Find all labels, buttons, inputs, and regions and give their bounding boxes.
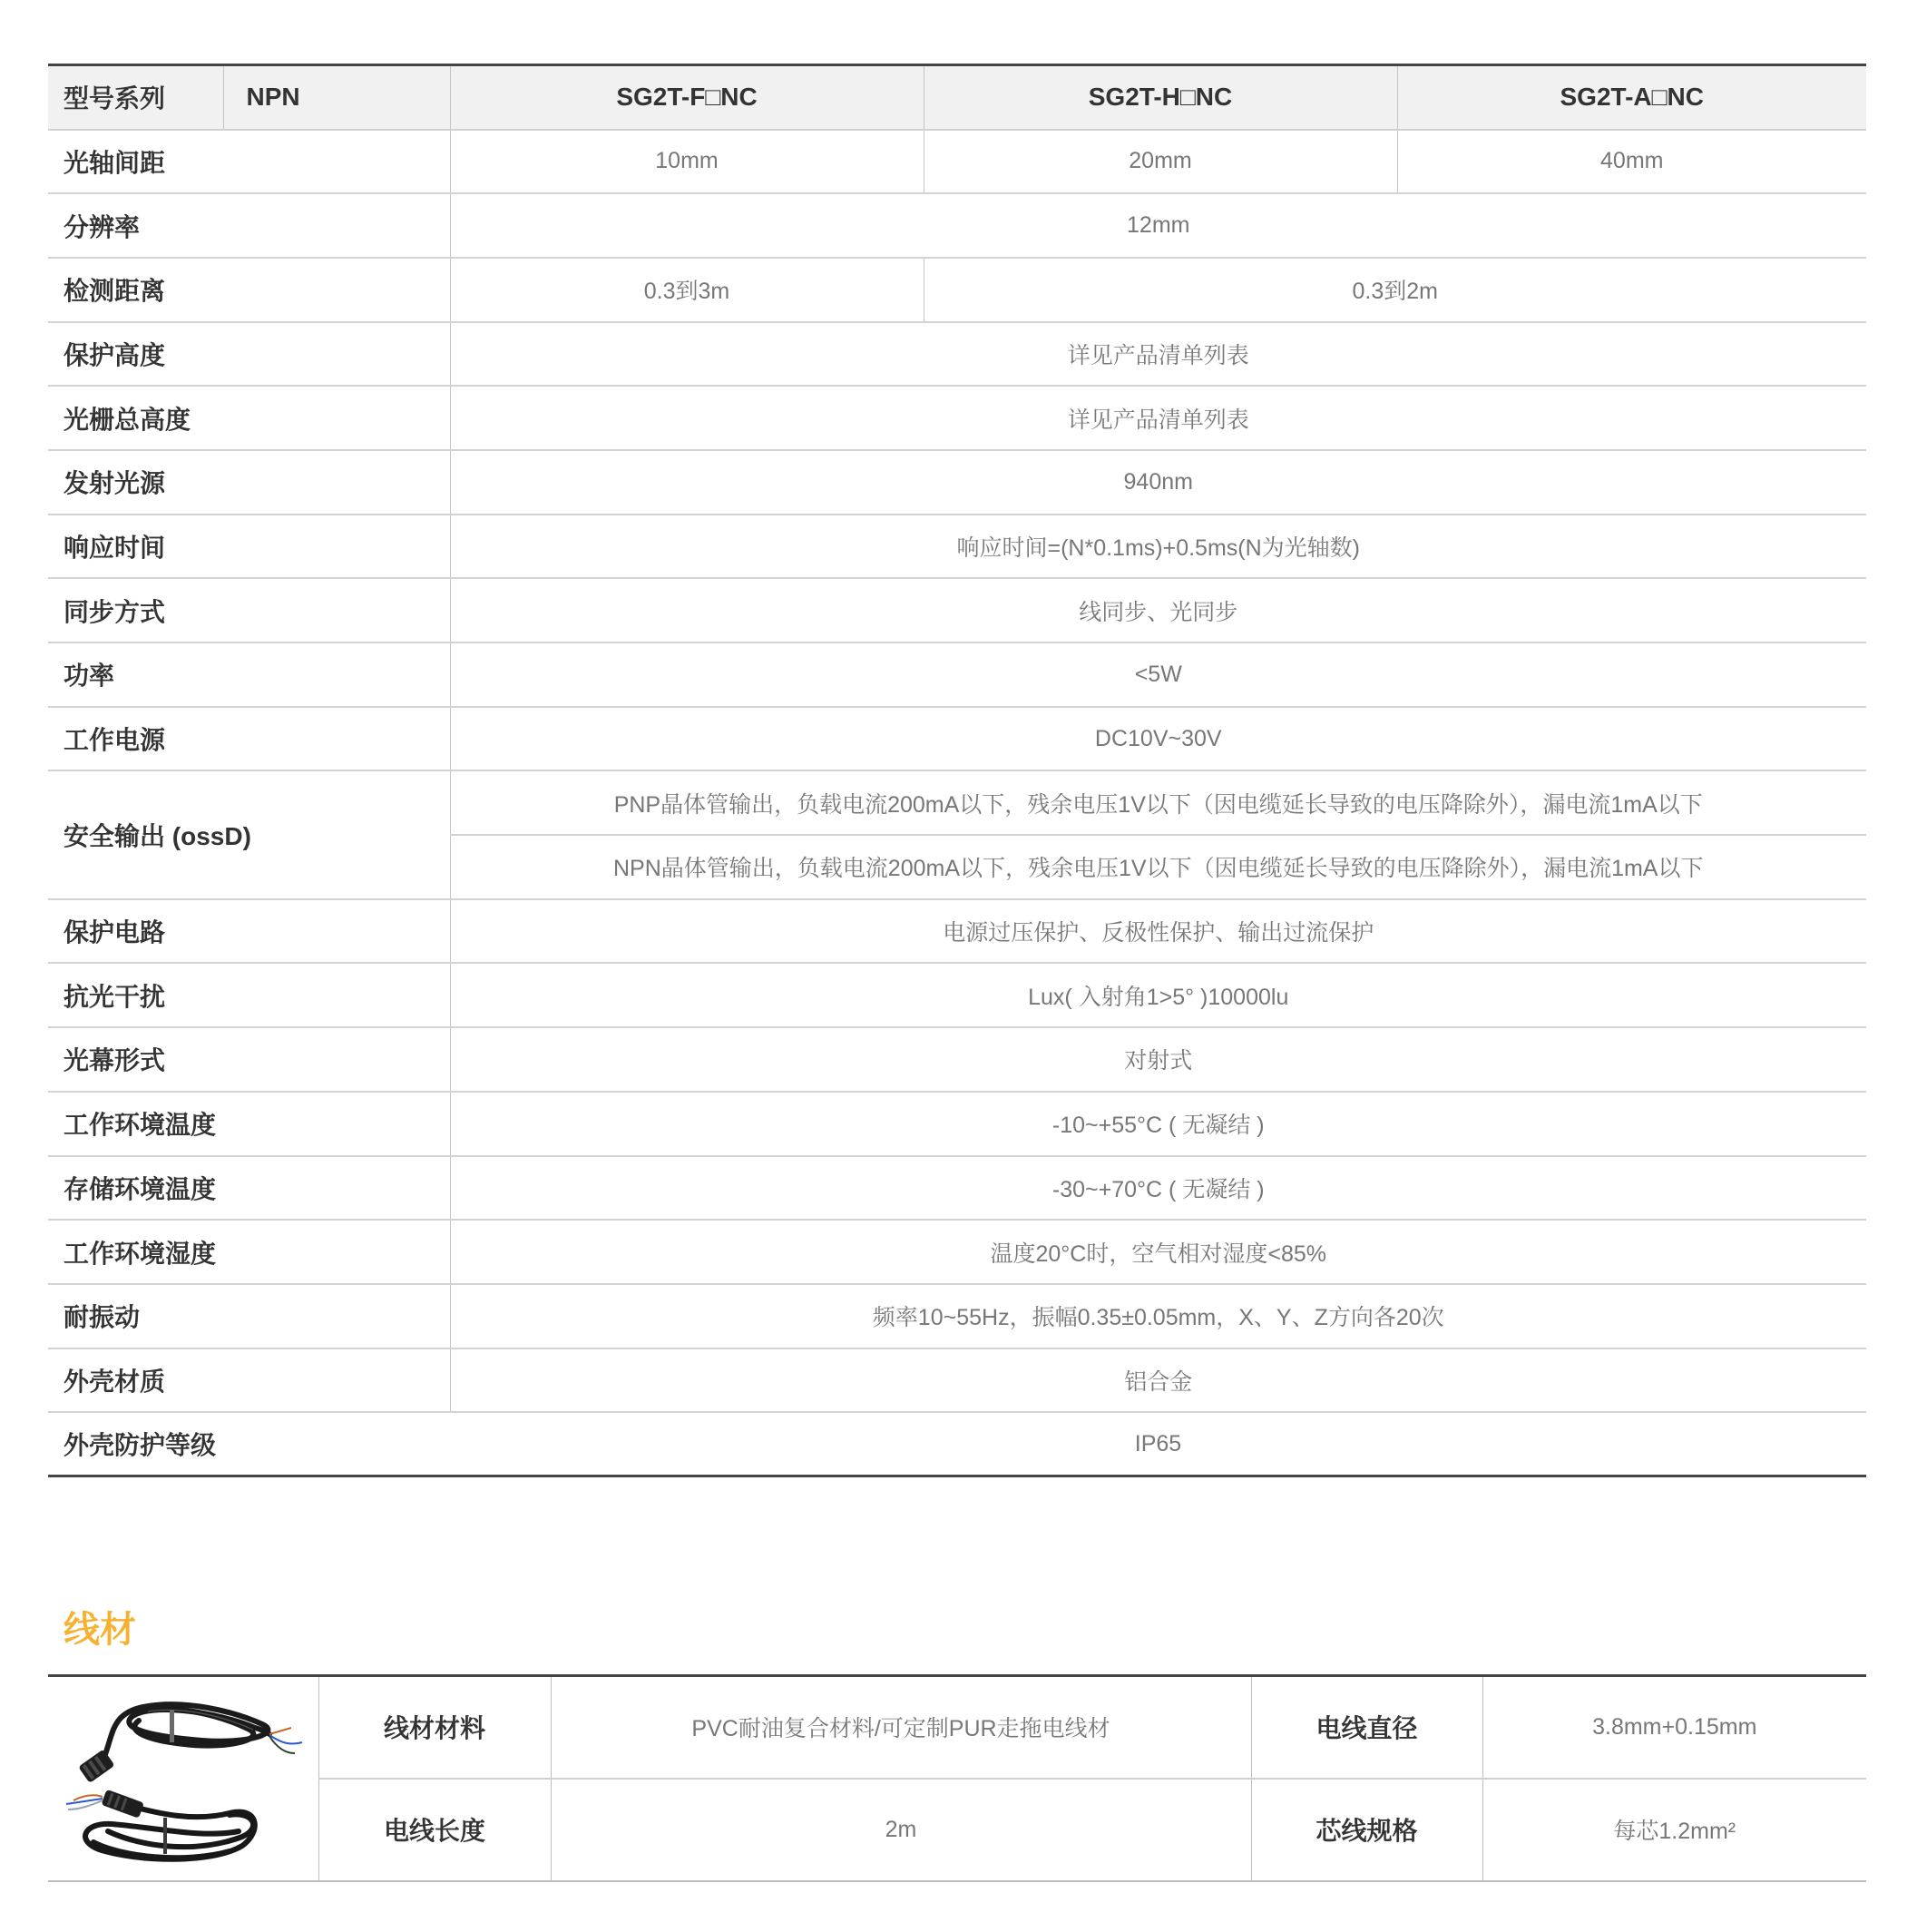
cable-table: 线材材料 PVC耐油复合材料/可定制PUR走拖电线材 电线直径 3.8mm+0.… [48,1674,1866,1882]
output-type: NPN [223,65,450,130]
cable-diameter-value: 3.8mm+0.15mm [1482,1676,1866,1779]
row-label: 保护高度 [48,322,450,387]
row-value: 20mm [924,130,1397,194]
row-label: 安全输出 (ossD) [48,770,450,898]
row-label: 响应时间 [48,515,450,579]
row-label: 存储环境温度 [48,1156,450,1221]
core-spec-value: 每芯1.2mm² [1482,1779,1866,1881]
spec-row-axis-spacing: 光轴间距 10mm 20mm 40mm [48,130,1866,194]
row-label: 检测距离 [48,258,450,322]
spec-table: 型号系列 NPN SG2T-F□NC SG2T-H□NC SG2T-A□NC 光… [48,64,1866,1477]
model-header-h: SG2T-H□NC [924,65,1397,130]
spec-row-operating-temp: 工作环境温度 -10~+55°C ( 无凝结 ) [48,1092,1866,1156]
cable-material-label: 线材材料 [318,1676,551,1779]
row-value: 12mm [450,193,1866,258]
spec-row-housing-material: 外壳材质 铝合金 [48,1348,1866,1413]
row-value: <5W [450,642,1866,707]
model-header-a: SG2T-A□NC [1397,65,1866,130]
spec-row-curtain-type: 光幕形式 对射式 [48,1027,1866,1092]
row-label: 工作电源 [48,707,450,771]
spec-row-supply: 工作电源 DC10V~30V [48,707,1866,771]
cable-length-value: 2m [551,1779,1251,1881]
row-value: 线同步、光同步 [450,578,1866,642]
spec-row-response-time: 响应时间 响应时间=(N*0.1ms)+0.5ms(N为光轴数) [48,515,1866,579]
cable-length-label: 电线长度 [318,1779,551,1881]
row-value: NPN晶体管输出，负载电流200mA以下，残余电压1V以下（因电缆延长导致的电压… [450,835,1866,899]
spec-row-sync-mode: 同步方式 线同步、光同步 [48,578,1866,642]
cable-diameter-label: 电线直径 [1251,1676,1482,1779]
spec-row-resolution: 分辨率 12mm [48,193,1866,258]
row-label: 光栅总高度 [48,386,450,450]
spec-row-storage-temp: 存储环境温度 -30~+70°C ( 无凝结 ) [48,1156,1866,1221]
spec-row-protection-height: 保护高度 详见产品清单列表 [48,322,1866,387]
spec-row-operating-humidity: 工作环境湿度 温度20°C时，空气相对湿度<85% [48,1220,1866,1284]
cable-image [48,1676,318,1882]
row-label: 工作环境温度 [48,1092,450,1156]
row-value: 详见产品清单列表 [450,322,1866,387]
row-label: 工作环境湿度 [48,1220,450,1284]
row-value: 对射式 [450,1027,1866,1092]
row-value: 频率10~55Hz，振幅0.35±0.05mm，X、Y、Z方向各20次 [450,1284,1866,1348]
row-label: 光幕形式 [48,1027,450,1092]
row-value: 详见产品清单列表 [450,386,1866,450]
row-value: 0.3到3m [450,258,924,322]
cable-material-value: PVC耐油复合材料/可定制PUR走拖电线材 [551,1676,1251,1779]
row-value: 响应时间=(N*0.1ms)+0.5ms(N为光轴数) [450,515,1866,579]
row-value: 温度20°C时，空气相对湿度<85% [450,1220,1866,1284]
spec-row-total-height: 光栅总高度 详见产品清单列表 [48,386,1866,450]
row-value: Lux( 入射角1>5° )10000lu [450,963,1866,1027]
spec-row-light-immunity: 抗光干扰 Lux( 入射角1>5° )10000lu [48,963,1866,1027]
row-label: 同步方式 [48,578,450,642]
cable-row: 线材材料 PVC耐油复合材料/可定制PUR走拖电线材 电线直径 3.8mm+0.… [48,1676,1866,1779]
core-spec-label: 芯线规格 [1251,1779,1482,1881]
row-value: PNP晶体管输出，负载电流200mA以下，残余电压1V以下（因电缆延长导致的电压… [450,770,1866,835]
row-value: 电源过压保护、反极性保护、输出过流保护 [450,899,1866,964]
spec-row-light-source: 发射光源 940nm [48,450,1866,515]
row-label: 发射光源 [48,450,450,515]
row-label: 光轴间距 [48,130,450,194]
row-label: 耐振动 [48,1284,450,1348]
row-label: 抗光干扰 [48,963,450,1027]
row-label: 功率 [48,642,450,707]
spec-header-row: 型号系列 NPN SG2T-F□NC SG2T-H□NC SG2T-A□NC [48,65,1866,130]
row-value: -30~+70°C ( 无凝结 ) [450,1156,1866,1221]
spec-row-vibration: 耐振动 频率10~55Hz，振幅0.35±0.05mm，X、Y、Z方向各20次 [48,1284,1866,1348]
cable-photo-icon [48,1677,318,1880]
spec-row-power: 功率 <5W [48,642,1866,707]
section-title-cable: 线材 [64,1608,136,1652]
row-value: 0.3到2m [924,258,1866,322]
row-label: 分辨率 [48,193,450,258]
row-label: 外壳防护等级 [48,1412,450,1476]
spec-row-ip-rating: 外壳防护等级 IP65 [48,1412,1866,1476]
row-value: 铝合金 [450,1348,1866,1413]
row-value: 10mm [450,130,924,194]
row-value: 940nm [450,450,1866,515]
cable-row: 电线长度 2m 芯线规格 每芯1.2mm² [48,1779,1866,1881]
spec-row-protection-circuit: 保护电路 电源过压保护、反极性保护、输出过流保护 [48,899,1866,964]
model-header-f: SG2T-F□NC [450,65,924,130]
spec-row-detection-distance: 检测距离 0.3到3m 0.3到2m [48,258,1866,322]
row-label: 保护电路 [48,899,450,964]
row-value: -10~+55°C ( 无凝结 ) [450,1092,1866,1156]
row-value: IP65 [450,1412,1866,1476]
row-value: 40mm [1397,130,1866,194]
row-value: DC10V~30V [450,707,1866,771]
spec-row-safety-output-pnp: 安全输出 (ossD) PNP晶体管输出，负载电流200mA以下，残余电压1V以… [48,770,1866,835]
row-label: 外壳材质 [48,1348,450,1413]
series-label: 型号系列 [48,65,223,130]
